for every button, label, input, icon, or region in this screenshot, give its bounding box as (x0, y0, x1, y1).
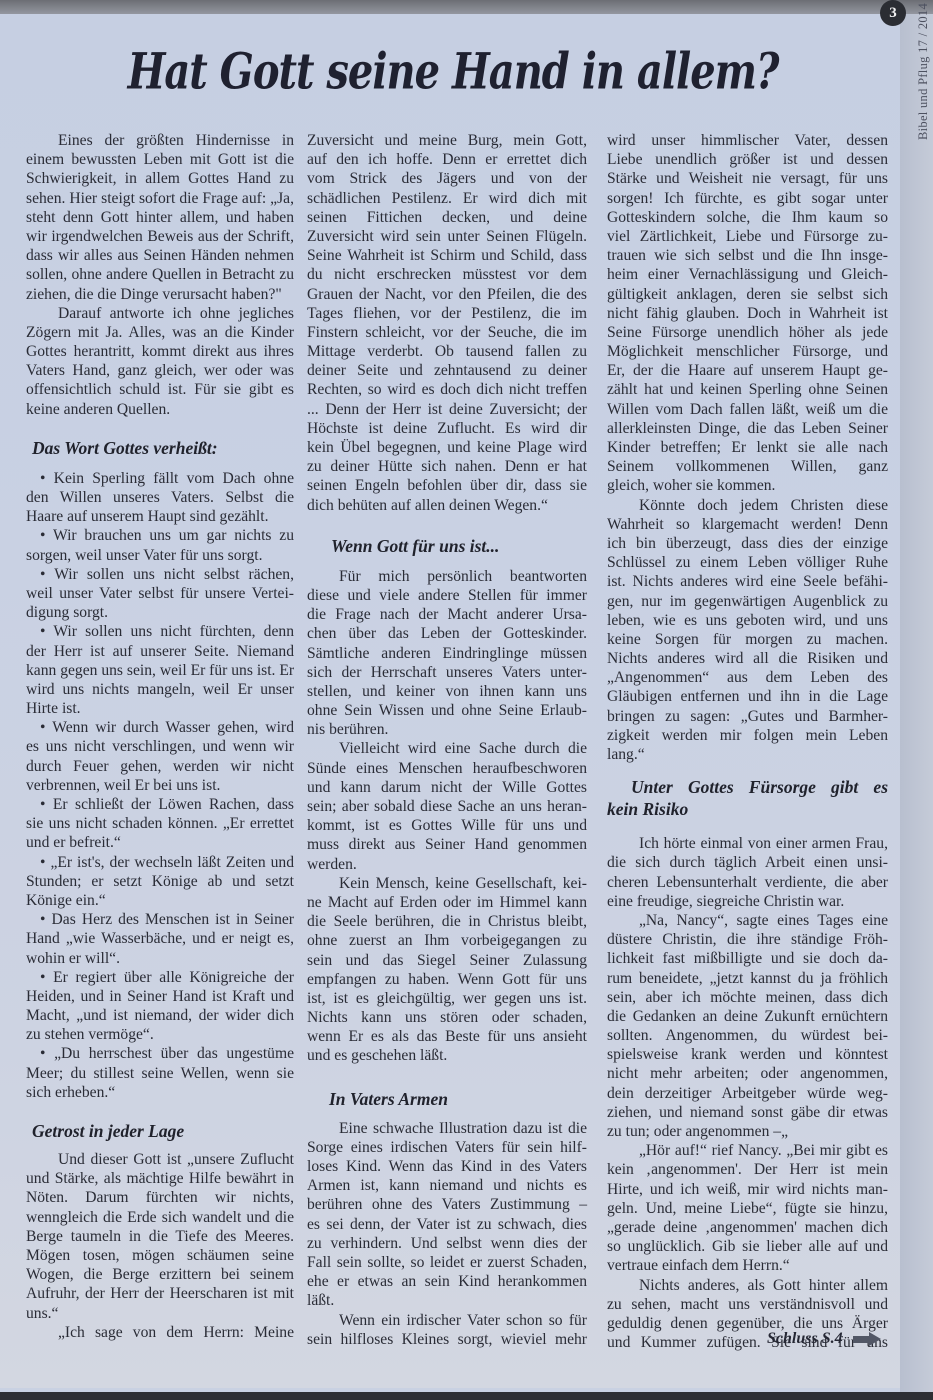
section-heading: In Vaters Armen (307, 1088, 587, 1110)
text-line: Ich hörte einmal von einer armen Frau, (607, 834, 888, 853)
text-line: • Er regiert über alle Königreiche der (26, 968, 294, 987)
text-line: es sei denn, der Vater ist zu schwach, d… (307, 1215, 587, 1234)
page-margin-strip (900, 14, 933, 1394)
text-line: loses Kind. Wenn das Kind in des Vaters (307, 1157, 587, 1176)
text-line: Für mich persönlich beantworten (307, 567, 587, 586)
text-line: uns.“ (26, 1304, 294, 1323)
text-line: Könnte doch jedem Christen diese (607, 496, 888, 515)
text-line: dich behüten auf allen deinen Wegen.“ (307, 496, 587, 515)
text-line: zu deiner Hütte sich nahen. Denn er hat (307, 457, 587, 476)
text-line: den Willen unseres Vaters. Selbst die (26, 488, 294, 507)
text-line: werden. (307, 855, 587, 874)
heading-line: kein Risiko (607, 798, 888, 820)
text-line: die Gedanken an deine Zukunft ernüchtern (607, 1007, 888, 1026)
text-line: Heiden, und in Seiner Hand ist Kraft und (26, 987, 294, 1006)
text-line: digung sorgt. (26, 603, 294, 622)
text-line: düstere Christin, die ihre ständige Fröh… (607, 930, 888, 949)
text-line: sorgen! Ich fürchte, es gibt sogar unter (607, 189, 888, 208)
text-line: und kann darum nicht der Wille Gottes (307, 778, 587, 797)
text-line: berühren ohne des Vaters Zustimmung – (307, 1195, 587, 1214)
text-line: Kein Mensch, keine Gesellschaft, kei- (307, 874, 587, 893)
text-line: durch Feuer gehen, werden wir nicht (26, 757, 294, 776)
section-heading: Getrost in jeder Lage (26, 1120, 294, 1142)
text-line: viel Zärtlichkeit, Liebe und Fürsorge zu… (607, 227, 888, 246)
text-line: weil unser Vater selbst für unsere Verte… (26, 584, 294, 603)
text-line: ist, ist es gleichgültig, wer gegen uns … (307, 989, 587, 1008)
bullet-item: • Das Herz des Menschen ist in Seiner Ha… (26, 910, 294, 968)
text-line: verbrennen, weil Er bei uns ist. (26, 776, 294, 795)
text-line: dass wir alles aus Seinen Händen nehmen (26, 246, 294, 265)
text-line: allerkleinsten Dinge, die das Leben Sein… (607, 419, 888, 438)
text-line: Gottes herantritt, kommt direkt aus ihre… (26, 342, 294, 361)
text-line: Schlüssel zu einem Leben völliger Ruhe (607, 553, 888, 572)
text-line: Armen ist, kann niemand und nichts es (307, 1176, 587, 1195)
text-line: läßt. (307, 1291, 587, 1310)
text-line: kein ‚angenommen'. Der Herr ist mein (607, 1160, 888, 1179)
text-line: und Stärke, als mächtige Hilfe bewährt i… (26, 1169, 294, 1188)
text-line: eine freudige, siegreiche Christin war. (607, 892, 888, 911)
text-line: zigkeit werden mir folgen mein Leben (607, 726, 888, 745)
text-line: sein, aber ich möchte meinen, dass dich (607, 988, 888, 1007)
text-line: ziehen, die die Dinge verursacht haben?" (26, 285, 294, 304)
text-line: Gläubigen entfernen und ihn in die Lage (607, 687, 888, 706)
text-line: Tages fliehen, vor der Pestilenz, die im (307, 304, 587, 323)
text-line: ohne Sein Wissen und ohne Seine Erlaub- (307, 701, 587, 720)
text-line: zu tun; oder angenommen –„ (607, 1122, 888, 1141)
text-line: • Er schließt der Löwen Rachen, dass (26, 795, 294, 814)
bullet-item: • „Du herrschest über das ungestüme Meer… (26, 1044, 294, 1102)
text-line: deiner Seite und zehntausend zu deiner (307, 361, 587, 380)
text-line: es uns nicht verschlingen, und wenn wir (26, 737, 294, 756)
paragraph: Könnte doch jedem Christen diese Wahrhei… (607, 496, 888, 765)
text-line: sein; aber sobald diese Sache an uns her… (307, 797, 587, 816)
text-line: Sünde eines Menschen heraufbeschworen (307, 759, 587, 778)
text-line: Eines der größten Hindernisse in (26, 131, 294, 150)
text-line: Nöten. Darum fürchten wir nichts, (26, 1188, 294, 1207)
text-line: Hirte ist. (26, 699, 294, 718)
text-line: Rechten, so wird es doch dich nicht tref… (307, 380, 587, 399)
text-line: Er, der die Haare auf unserem Haupt ge- (607, 361, 888, 380)
text-line: • „Du herrschest über das ungestüme (26, 1044, 294, 1063)
bullet-list: • Kein Sperling fällt vom Dach ohne den … (26, 469, 294, 1102)
text-line: Höchste ist deine Zuflucht. Es wird dir (307, 419, 587, 438)
paragraph: Vielleicht wird eine Sache durch die Sün… (307, 739, 587, 873)
text-line: • Wenn wir durch Wasser gehen, wird (26, 718, 294, 737)
paragraph: Zuversicht und meine Burg, mein Gott, au… (307, 131, 587, 515)
text-line: sich der Herrschaft unseres Vaters unter… (307, 663, 587, 682)
text-line: heim einer Vernachlässigung und Gleich- (607, 265, 888, 284)
text-line: Und dieser Gott ist „unsere Zuflucht (26, 1150, 294, 1169)
text-line: Nichts kann uns stören oder schaden, (307, 1008, 587, 1027)
text-line: Meer; du stillest seine Wellen, wenn sie (26, 1064, 294, 1083)
column-3: wird unser himmlischer Vater, dessen Lie… (607, 131, 888, 1352)
text-line: vertraue einfach dem Herrn.“ (607, 1256, 888, 1275)
text-line: seinen Fittichen decken, und deine (307, 208, 587, 227)
text-line: einem bewussten Leben mit Gott ist die (26, 150, 294, 169)
paragraph: Darauf antworte ich ohne jegliches Zöger… (26, 304, 294, 419)
paragraph: „Ich sage von dem Herrn: Meine (26, 1323, 294, 1342)
text-line: geln. Und, meine Liebe“, fügte sie hinzu… (607, 1199, 888, 1218)
text-line: der Herr ist auf unserer Seite. Niemand (26, 642, 294, 661)
text-line: nicht fähig glauben. Doch in Wahrheit is… (607, 304, 888, 323)
text-line: Hirte, und ich weiß, mir wird nichts man… (607, 1180, 888, 1199)
paragraph: Kein Mensch, keine Gesellschaft, kei- ne… (307, 874, 587, 1066)
text-line: ... Denn der Herr ist deine Zuversicht; … (307, 400, 587, 419)
text-line: zu sehen, macht uns verständnisvoll und (607, 1295, 888, 1314)
text-line: • Wir sollen uns nicht fürchten, denn (26, 622, 294, 641)
text-line: muss direkt aus Seiner Hand genommen (307, 835, 587, 854)
paragraph: Ich hörte einmal von einer armen Frau, d… (607, 834, 888, 911)
text-line: Sämtliche anderen Eindringlinge müssen (307, 644, 587, 663)
text-line: Nichts anderes wird all die Risiken und (607, 649, 888, 668)
bullet-item: • Wir sollen uns nicht selbst rächen, we… (26, 565, 294, 623)
text-line: sie uns nicht schaden können. „Er errett… (26, 814, 294, 833)
text-line: Berge taumeln in die Tiefe des Meeres. (26, 1227, 294, 1246)
article-title: Hat Gott seine Hand in allem? (0, 42, 906, 101)
text-line: • Das Herz des Menschen ist in Seiner (26, 910, 294, 929)
text-line: rum beneidete, „jetzt kannst du ja fröhl… (607, 969, 888, 988)
text-line: Haare auf unserem Haupt sind gezählt. (26, 507, 294, 526)
paragraph: „Na, Nancy“, sagte eines Tages eine düst… (607, 911, 888, 1141)
text-line: Liebe unendlich größer ist und dessen (607, 150, 888, 169)
paragraph: Wenn ein irdischer Vater schon so für se… (307, 1311, 587, 1349)
text-line: zu stehen vermöge“. (26, 1025, 294, 1044)
paragraph: wird unser himmlischer Vater, dessen Lie… (607, 131, 888, 496)
text-line: • Wir sollen uns nicht selbst rächen, (26, 565, 294, 584)
text-line: Zögern mit Ja. Alles, was an die Kinder (26, 323, 294, 342)
text-line: und er befreit.“ (26, 833, 294, 852)
text-line: steht denn Gott hinter allem, und haben (26, 208, 294, 227)
section-heading: Das Wort Gottes verheißt: (26, 437, 294, 459)
text-line: Macht, „und ist niemand, der wider dich (26, 1006, 294, 1025)
bullet-item: • Wir sollen uns nicht fürchten, denn de… (26, 622, 294, 718)
paragraph: Eine schwache Illustration dazu ist die … (307, 1119, 587, 1311)
text-line: spielsweise krank werden und könntest (607, 1045, 888, 1064)
text-line: Gotteskindern solche, die Ihm kaum so (607, 208, 888, 227)
text-line: ist. Nichts anderes wird eine Seele befä… (607, 572, 888, 591)
text-line: Seine Fürsorge unendlich höher als jede (607, 323, 888, 342)
text-line: schädlichen Pestilenz. Er wird dich mit (307, 189, 587, 208)
bullet-item: • Kein Sperling fällt vom Dach ohne den … (26, 469, 294, 527)
text-line: „Angenommen“ aus dem Leben des (607, 668, 888, 687)
text-line: kann gegen uns sein, weil Er für uns ist… (26, 661, 294, 680)
text-line: • Kein Sperling fällt vom Dach ohne (26, 469, 294, 488)
bullet-item: • Er schließt der Löwen Rachen, dass sie… (26, 795, 294, 853)
text-line: wird unser himmlischer Vater, dessen (607, 131, 888, 150)
text-line: wohin er will“. (26, 949, 294, 968)
text-line: gleich, woher sie kommen. (607, 476, 888, 495)
text-line: sollen, ohne andere Quellen in Betracht … (26, 265, 294, 284)
text-line: Kinder betreffen; Er lenkt sie alle nach (607, 438, 888, 457)
text-line: sein hilfloses Kleines sorgt, wieviel me… (307, 1330, 587, 1349)
scan-bottom-edge (0, 1392, 933, 1400)
text-line: du nicht erschrecken müsstest vor dem (307, 265, 587, 284)
bullet-item: • Er regiert über alle Königreiche der H… (26, 968, 294, 1045)
text-line: trauen wie sich selbst und die Ihn insge… (607, 246, 888, 265)
text-line: Sorge eines irdischen Vaters für sein hi… (307, 1138, 587, 1157)
column-2: Zuversicht und meine Burg, mein Gott, au… (307, 131, 587, 1349)
bullet-item: • „Er ist's, der wechseln läßt Zeiten un… (26, 853, 294, 911)
text-line: cheren Lebensunterhalt verdiente, die ab… (607, 873, 888, 892)
text-line: Finstern schleicht, vor der Seuche, die … (307, 323, 587, 342)
text-line: chen über das Leben der Gotteskinder. (307, 624, 587, 643)
text-line: Fall sein sollte, so leidet er zuerst Sc… (307, 1253, 587, 1272)
text-line: vom Strick des Jägers und von der (307, 169, 587, 188)
text-line: Seine Wahrheit ist Schirm und Schild, da… (307, 246, 587, 265)
text-line: Könige ein.“ (26, 891, 294, 910)
text-line: Wogen, die Berge erzittern bei seinem (26, 1265, 294, 1284)
text-line: Vaters Hand, ganz gleich, wer oder was (26, 361, 294, 380)
text-line: Stärke und Weisheit nie versagt, für uns (607, 169, 888, 188)
text-line: kommt, ist es Gottes Wille für uns und (307, 816, 587, 835)
text-line: empfangen zu haben. Wenn Gott für uns (307, 970, 587, 989)
text-line: wird uns nichts mangeln, weil Er unser (26, 680, 294, 699)
bullet-item: • Wenn wir durch Wasser gehen, wird es u… (26, 718, 294, 795)
text-line: Hand „wie Wasserbäche, und er neigt es, (26, 929, 294, 948)
text-line: Zuversicht wird sein unter Seinen Flügel… (307, 227, 587, 246)
paragraph: Und dieser Gott ist „unsere Zuflucht und… (26, 1150, 294, 1323)
text-line: bringen zu sagen: „Gutes und Barmher- (607, 707, 888, 726)
text-line: leben, wie es uns geboten wird, und uns (607, 611, 888, 630)
text-line: Willen vom Dach fallen läßt, weiß um die (607, 400, 888, 419)
text-line: gen, nur im gegenwärtigen Augenblick zu (607, 592, 888, 611)
text-line: die Frage nach der Macht anderer Ursa- (307, 605, 587, 624)
arrow-right-icon (853, 1332, 881, 1346)
text-line: sich erheben.“ (26, 1083, 294, 1102)
text-line: Vielleicht wird eine Sache durch die (307, 739, 587, 758)
text-line: Seinem vollkommenen Willen, ganz (607, 457, 888, 476)
text-line: dein derzeitiger Arbeitgeber würde weg- (607, 1084, 888, 1103)
text-line: Mögen tosen, mögen schäumen seine (26, 1246, 294, 1265)
text-line: Stunden; er setzt Könige ab und setzt (26, 872, 294, 891)
paragraph: Eines der größten Hindernisse in einem b… (26, 131, 294, 304)
text-line: Zuversicht und meine Burg, mein Gott, (307, 131, 587, 150)
text-line: wenngleich die Erde sich wandelt und die (26, 1208, 294, 1227)
text-line: Nichts anderes, als Gott hinter allem (607, 1276, 888, 1295)
text-line: so unglücklich. Gib sie lieber alle auf … (607, 1237, 888, 1256)
text-line: sein und das Siegel Seiner Zulassung (307, 951, 587, 970)
text-line: nicht mehr arbeiten; oder angenommen, (607, 1064, 888, 1083)
text-line: diese und viele andere Stellen für immer (307, 586, 587, 605)
text-line: Eine schwache Illustration dazu ist die (307, 1119, 587, 1138)
text-line: sehen. Hier steigt sofort die Frage auf:… (26, 189, 294, 208)
text-line: lichkeit fast mißbilligte und sie doch d… (607, 949, 888, 968)
text-line: nis berühren. (307, 720, 587, 739)
text-line: wir irgendwelchen Beweis aus der Schrift… (26, 227, 294, 246)
section-heading: Wenn Gott für uns ist... (307, 535, 587, 557)
text-line: „gerade deine ‚angenommen' machen dich (607, 1218, 888, 1237)
text-line: Möglichkeit menschlicher Fürsorge, und (607, 342, 888, 361)
text-line: stellen, und keiner von ihnen kann uns (307, 682, 587, 701)
text-line: ohne zuerst an Ihm vorbeigegangen zu (307, 931, 587, 950)
text-line: sorgen, weil unser Vater für uns sorgt. (26, 546, 294, 565)
text-line: ehe er etwas an sein Kind herankommen (307, 1272, 587, 1291)
text-line: „Na, Nancy“, sagte eines Tages eine (607, 911, 888, 930)
text-line: • „Er ist's, der wechseln läßt Zeiten un… (26, 853, 294, 872)
column-1: Eines der größten Hindernisse in einem b… (26, 131, 294, 1342)
text-line: zu verhindern. Und selbst wenn dies der (307, 1234, 587, 1253)
text-line: ziehen, und niemand sonst gäbe dir etwas (607, 1103, 888, 1122)
text-line: • Wir brauchen uns um gar nichts zu (26, 526, 294, 545)
continued-label: Schluss S.4 (767, 1330, 843, 1348)
text-line: Grauen der Nacht, vor den Pfeilen, die d… (307, 285, 587, 304)
text-line: Darauf antworte ich ohne jegliches (26, 304, 294, 323)
text-line: wenn Er es als das Beste für uns ansieht (307, 1027, 587, 1046)
paragraph: „Hör auf!“ rief Nancy. „Bei mir gibt es … (607, 1141, 888, 1275)
text-line: „Ich sage von dem Herrn: Meine (26, 1323, 294, 1342)
text-line: ne Macht auf Erden oder im Himmel kann (307, 893, 587, 912)
text-line: lang.“ (607, 745, 888, 764)
text-line: die sich durch täglich Arbeit einen unsi… (607, 853, 888, 872)
text-line: sollten. Angenommen, du würdest bei- (607, 1026, 888, 1045)
running-head: Bibel und Pflug 17 / 2014 (916, 3, 931, 140)
continued-on-page-link: Schluss S.4 (767, 1330, 881, 1348)
text-line: ich bin überzeugt, dass dies der einzige (607, 534, 888, 553)
text-line: Wenn ein irdischer Vater schon so für (307, 1311, 587, 1330)
text-line: auf den ich hoffe. Denn er errettet dich (307, 150, 587, 169)
text-line: „Hör auf!“ rief Nancy. „Bei mir gibt es (607, 1141, 888, 1160)
text-line: Schwierigkeit, in allem Gottes Hand zu (26, 169, 294, 188)
text-line: seinen Engeln befohlen über dir, dass si… (307, 476, 587, 495)
text-line: kein Übel begegnen, und keine Plage wird (307, 438, 587, 457)
paragraph: Für mich persönlich beantworten diese un… (307, 567, 587, 740)
page-number-badge: 3 (880, 0, 906, 26)
text-line: Aufruhr, der Herr der Heerscharen ist mi… (26, 1284, 294, 1303)
heading-line: Unter Gottes Fürsorge gibt es (607, 776, 888, 798)
text-line: keine Sorgen für morgen zu machen. (607, 630, 888, 649)
bullet-item: • Wir brauchen uns um gar nichts zu sorg… (26, 526, 294, 564)
text-line: Wahrheit so klargemacht werden! Denn (607, 515, 888, 534)
text-line: offensichtlich schuld ist. Für sie gibt … (26, 380, 294, 399)
text-line: Mittage verderbt. Ob tausend fallen zu (307, 342, 587, 361)
section-heading: Unter Gottes Fürsorge gibt es kein Risik… (607, 776, 888, 820)
text-line: und es geschehen läßt. (307, 1046, 587, 1065)
text-line: zählt hat und keinen Sperling ohne Seine… (607, 380, 888, 399)
text-line: keine anderen Quellen. (26, 400, 294, 419)
text-line: gültigkeit anklagen, deren sie selbst si… (607, 285, 888, 304)
text-line: die Seele berühren, die in Christus blei… (307, 912, 587, 931)
